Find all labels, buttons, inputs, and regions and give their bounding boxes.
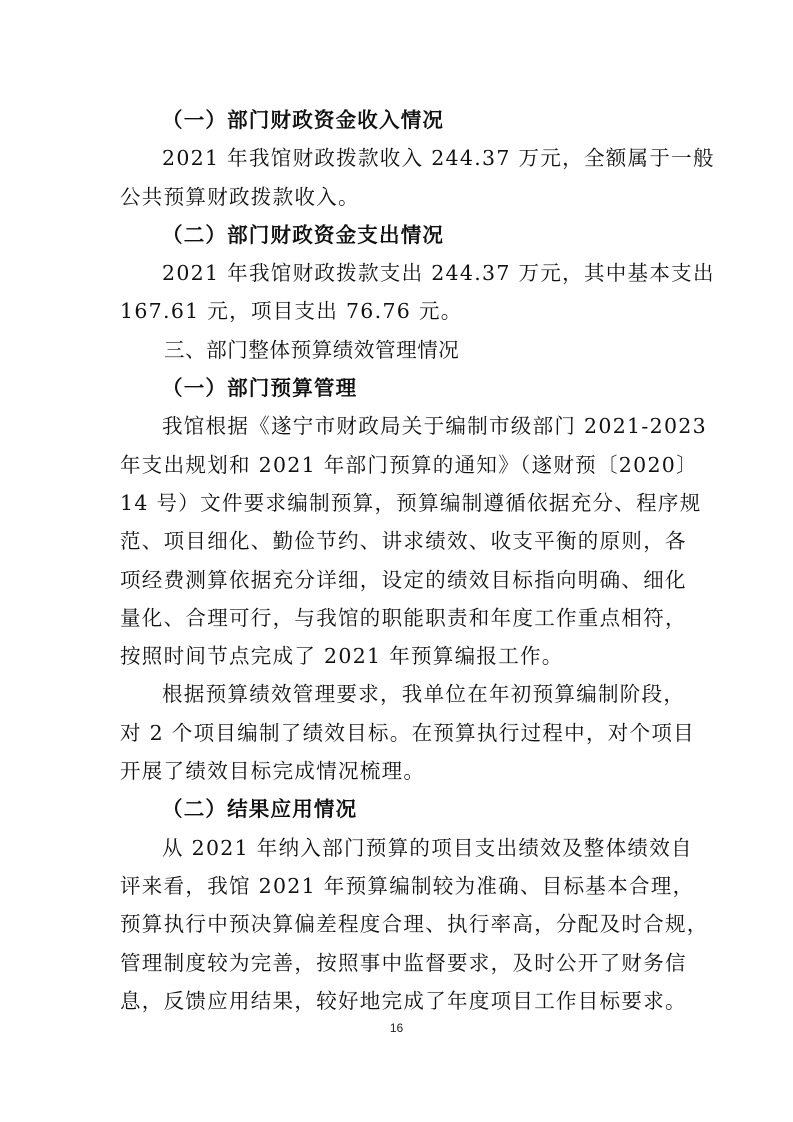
paragraph-line: 2021 年我馆财政拨款支出 244.37 万元，其中基本支出: [120, 254, 676, 292]
paragraph-line: 按照时间节点完成了 2021 年预算编报工作。: [120, 637, 676, 675]
section-heading-results-application: （二）结果应用情况: [120, 790, 676, 828]
section-heading-expenditure: （二）部门财政资金支出情况: [120, 216, 676, 254]
paragraph-line: 公共预算财政拨款收入。: [120, 178, 676, 216]
paragraph-line: 评来看，我馆 2021 年预算编制较为准确、目标基本合理，: [120, 867, 676, 905]
paragraph-line: 年支出规划和 2021 年部门预算的通知》（遂财预〔2020〕: [120, 446, 676, 484]
chapter-heading-performance: 三、部门整体预算绩效管理情况: [120, 331, 676, 369]
paragraph-line: 167.61 元，项目支出 76.76 元。: [120, 292, 676, 330]
paragraph-line: 开展了绩效目标完成情况梳理。: [120, 752, 676, 790]
section-heading-budget-management: （一）部门预算管理: [120, 369, 676, 407]
paragraph-line: 从 2021 年纳入部门预算的项目支出绩效及整体绩效自: [120, 829, 676, 867]
paragraph-line: 范、项目细化、勤俭节约、讲求绩效、收支平衡的原则，各: [120, 522, 676, 560]
page-number: 16: [0, 1021, 793, 1035]
paragraph-line: 量化、合理可行，与我馆的职能职责和年度工作重点相符，: [120, 599, 676, 637]
paragraph-line: 管理制度较为完善，按照事中监督要求，及时公开了财务信: [120, 944, 676, 982]
paragraph-line: 预算执行中预决算偏差程度合理、执行率高，分配及时合规，: [120, 905, 676, 943]
section-heading-income: （一）部门财政资金收入情况: [120, 101, 676, 139]
paragraph-line: 14 号）文件要求编制预算，预算编制遵循依据充分、程序规: [120, 484, 676, 522]
paragraph-line: 我馆根据《遂宁市财政局关于编制市级部门 2021-2023: [120, 407, 676, 445]
paragraph-line: 对 2 个项目编制了绩效目标。在预算执行过程中，对个项目: [120, 714, 676, 752]
document-body: （一）部门财政资金收入情况 2021 年我馆财政拨款收入 244.37 万元，全…: [120, 101, 676, 1020]
paragraph-line: 2021 年我馆财政拨款收入 244.37 万元，全额属于一般: [120, 139, 676, 177]
paragraph-line: 项经费测算依据充分详细，设定的绩效目标指向明确、细化: [120, 561, 676, 599]
paragraph-line: 根据预算绩效管理要求，我单位在年初预算编制阶段，: [120, 675, 676, 713]
paragraph-line: 息，反馈应用结果，较好地完成了年度项目工作目标要求。: [120, 982, 676, 1020]
